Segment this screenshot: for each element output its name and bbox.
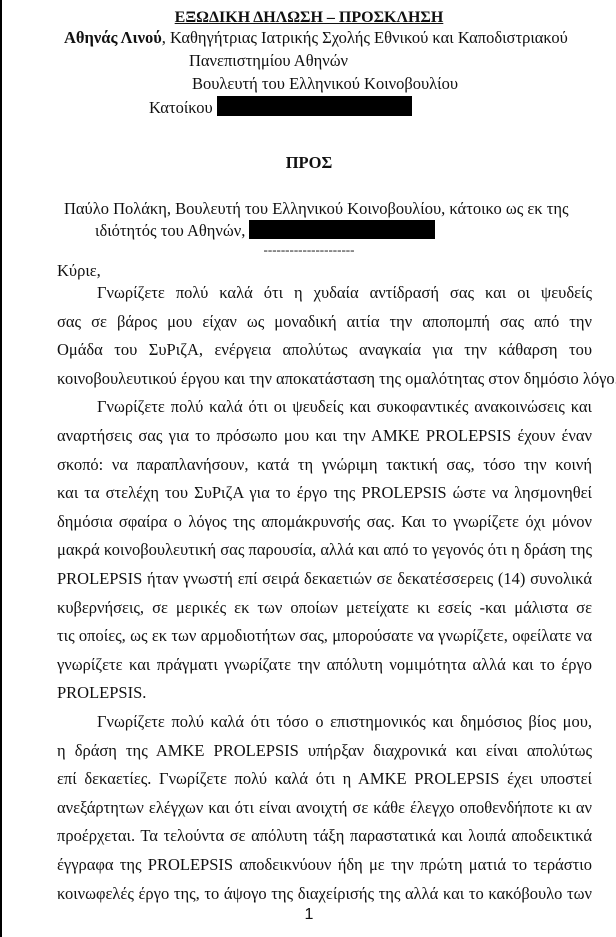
- redacted-address: [217, 96, 412, 116]
- body-line: κοινωφελές έργο της, το άψογο της διαχεί…: [57, 884, 592, 904]
- body-line: σκοπό: να παραπλανήσουν, κατά τη γνώριμη…: [57, 455, 592, 475]
- body-line: σας σε βάρος μου είχαν ως μοναδική αιτία…: [57, 312, 592, 332]
- separator: ---------------------: [2, 240, 616, 260]
- recipient-heading: ΠΡΟΣ: [2, 153, 616, 173]
- sender-desc-1: , Καθηγήτριας Ιατρικής Σχολής Εθνικού κα…: [162, 28, 568, 47]
- recipient-line-1: Παύλο Πολάκη, Βουλευτή του Ελληνικού Κοι…: [64, 199, 569, 219]
- recipient-city: ιδιότητός του Αθηνών,: [95, 221, 245, 240]
- body-line: τις οποίες, ως εκ των αρμοδιοτήτων σας, …: [57, 626, 592, 646]
- sender-desc-2: Πανεπιστημίου Αθηνών: [189, 51, 348, 71]
- body-line: η δράση της ΑΜΚΕ PROLEPSIS υπήρξαν διαχρ…: [57, 741, 592, 761]
- page-number: 1: [2, 905, 616, 925]
- body-line: γνωρίζετε και πράγματι γνωρίζατε την από…: [57, 655, 592, 675]
- body-line: και τα στελέχη του ΣυΡιζΑ για το έργο τη…: [57, 483, 592, 503]
- body-line: κυβερνήσεις, σε μερικές εκ των οποίων με…: [57, 598, 592, 618]
- residence-label: Κατοίκου: [149, 98, 213, 117]
- body-line: επί δεκαετίες. Γνωρίζετε πολύ καλά ότι η…: [57, 769, 592, 789]
- body-line: PROLEPSIS ήταν γνωστή επί σειρά δεκαετιώ…: [57, 569, 592, 589]
- salutation: Κύριε,: [57, 261, 101, 281]
- sender-line: Αθηνάς Λινού, Καθηγήτριας Ιατρικής Σχολή…: [64, 28, 568, 48]
- body-line: Ομάδα του ΣυΡιζΑ, ενέργεια απολύτως αναγ…: [57, 340, 592, 360]
- body-line: Γνωρίζετε πολύ καλά ότι τόσο ο επιστημον…: [97, 712, 592, 732]
- redacted-recipient-address: [249, 220, 435, 239]
- sender-desc-3: Βουλευτή του Ελληνικού Κοινοβουλίου: [192, 74, 458, 94]
- body-line: προέρχεται. Τα τελούντα σε απόλυτη τάξη …: [57, 826, 592, 846]
- body-line: ανεξάρτητων ελέγχων και ότι είναι ανοιχτ…: [57, 798, 592, 818]
- body-line: Γνωρίζετε πολύ καλά ότι η χυδαία αντίδρα…: [97, 283, 592, 303]
- body-line: δημόσια σφαίρα ο λόγος της απομάκρυνσής …: [57, 512, 592, 532]
- body-line: έγγραφα της PROLEPSIS αποδεικνύουν ήδη μ…: [57, 855, 592, 875]
- body-line: κοινοβουλευτικού έργου και την αποκατάστ…: [57, 369, 616, 389]
- body-line: μακρά κοινοβουλευτική σας παρουσία, αλλά…: [57, 540, 592, 560]
- body-line: Γνωρίζετε πολύ καλά ότι οι ψευδείς και σ…: [97, 397, 592, 417]
- body-line: αναρτήσεις σας για το πρόσωπο μου και τη…: [57, 426, 592, 446]
- body-line: PROLEPSIS.: [57, 683, 146, 703]
- document-page: ΕΞΩΔΙΚΗ ΔΗΛΩΣΗ – ΠΡΟΣΚΛΗΣΗ Αθηνάς Λινού,…: [2, 0, 616, 937]
- sender-residence: Κατοίκου: [149, 96, 412, 118]
- document-title: ΕΞΩΔΙΚΗ ΔΗΛΩΣΗ – ΠΡΟΣΚΛΗΣΗ: [2, 8, 616, 28]
- recipient-line-2: ιδιότητός του Αθηνών,: [95, 220, 435, 241]
- sender-name: Αθηνάς Λινού: [64, 28, 162, 47]
